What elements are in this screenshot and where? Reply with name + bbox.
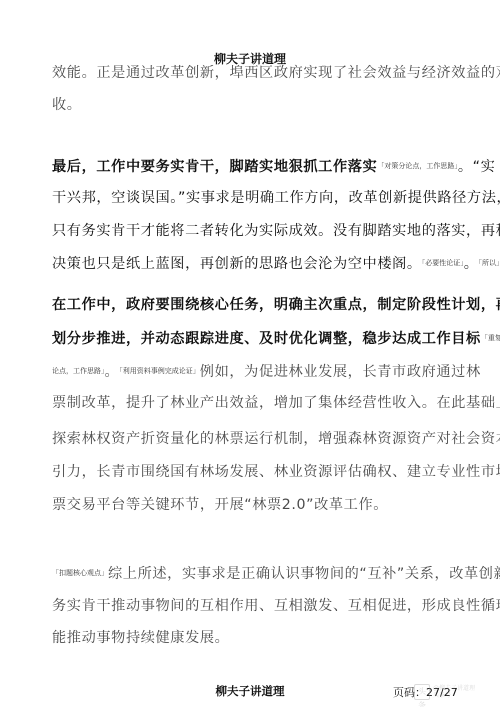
p2-line3: 只有务实肯干才能将二者转化为实际成效。没有脚踏实地的落实，再科学的 [52, 222, 500, 240]
annotation: 「扣题核心观点」 [52, 569, 108, 577]
annotation: 论点，工作思路」 [52, 367, 105, 375]
p2-line10: 引力，长青市围绕国有林场发展、林业资源评估确权、建立专业性市场化林 [52, 463, 500, 481]
p2-line5: 在工作中，政府要围绕核心任务，明确主次重点，制定阶段性计划，再按计 [52, 296, 500, 314]
text: 。“实 [458, 159, 496, 175]
p3-line3: 能推动事物持续健康发展。 [52, 629, 229, 647]
annotation: 「重复对策分 [481, 334, 500, 342]
text: 决策也只是纸上蓝图，再创新的思路也会沦为空中楼阁。 [52, 256, 422, 272]
p2-line6: 划分步推进，并动态跟踪进度、及时优化调整，稳步达成工作目标「重复对策分 [52, 329, 500, 348]
annotation: 「必要性论证」 [422, 259, 464, 267]
annotation: 「利用资料事例完成论证」 [119, 367, 200, 375]
p3-line2: 务实肯干推动事物间的互相作用、互相激发、互相促进，形成良性循环，才 [52, 597, 500, 615]
text: 。 [464, 256, 479, 272]
text: 。 [105, 364, 120, 380]
p2-line4: 决策也只是纸上蓝图，再创新的思路也会沦为空中楼阁。「必要性论证」。「所以」 [52, 254, 500, 273]
p2-line8: 票制改革，提升了林业产出效益，增加了集体经营性收入。在此基础上，为 [52, 394, 500, 412]
p2-line11: 票交易平台等关键环节，开展“林票2.0”改革工作。 [52, 496, 388, 514]
p2-line1: 最后，工作中要务实肯干，脚踏实地狠抓工作落实「对策分论点，工作思路」。“实 [52, 157, 495, 176]
text: 综上所述，实事求是正确认识事物间的“互补”关系，改革创新， [108, 566, 500, 582]
bold-text: 划分步推进，并动态跟踪进度、及时优化调整，稳步达成工作目标 [52, 331, 481, 347]
watermark: 头条 @柳夫子讲道理 头条号 [414, 682, 492, 702]
p1-line1: 效能。正是通过改革创新，埠西区政府实现了社会效益与经济效益的双丰 [52, 64, 500, 82]
annotation: 「所以」 [479, 259, 500, 267]
p1-line2: 收。 [52, 96, 82, 114]
text: 例如，为促进林业发展，长青市政府通过林 [200, 364, 481, 380]
watermark-logo-icon: 头条 [414, 684, 430, 700]
watermark-text: @柳夫子讲道理 头条号 [433, 685, 475, 699]
p2-line7: 论点，工作思路」。「利用资料事例完成论证」例如，为促进林业发展，长青市政府通过林 [52, 362, 481, 381]
p2-line9: 探索林权资产折资量化的林票运行机制，增强森林资源资产对社会资本的吸 [52, 430, 500, 448]
p2-line2: 干兴邦，空谈误国。”实事求是明确工作方向，改革创新提供路径方法，但 [52, 189, 500, 207]
bold-text: 最后，工作中要务实肯干，脚踏实地狠抓工作落实 [52, 159, 377, 175]
annotation: 「对策分论点，工作思路」 [377, 162, 458, 170]
p3-line1: 「扣题核心观点」综上所述，实事求是正确认识事物间的“互补”关系，改革创新， [52, 564, 500, 583]
